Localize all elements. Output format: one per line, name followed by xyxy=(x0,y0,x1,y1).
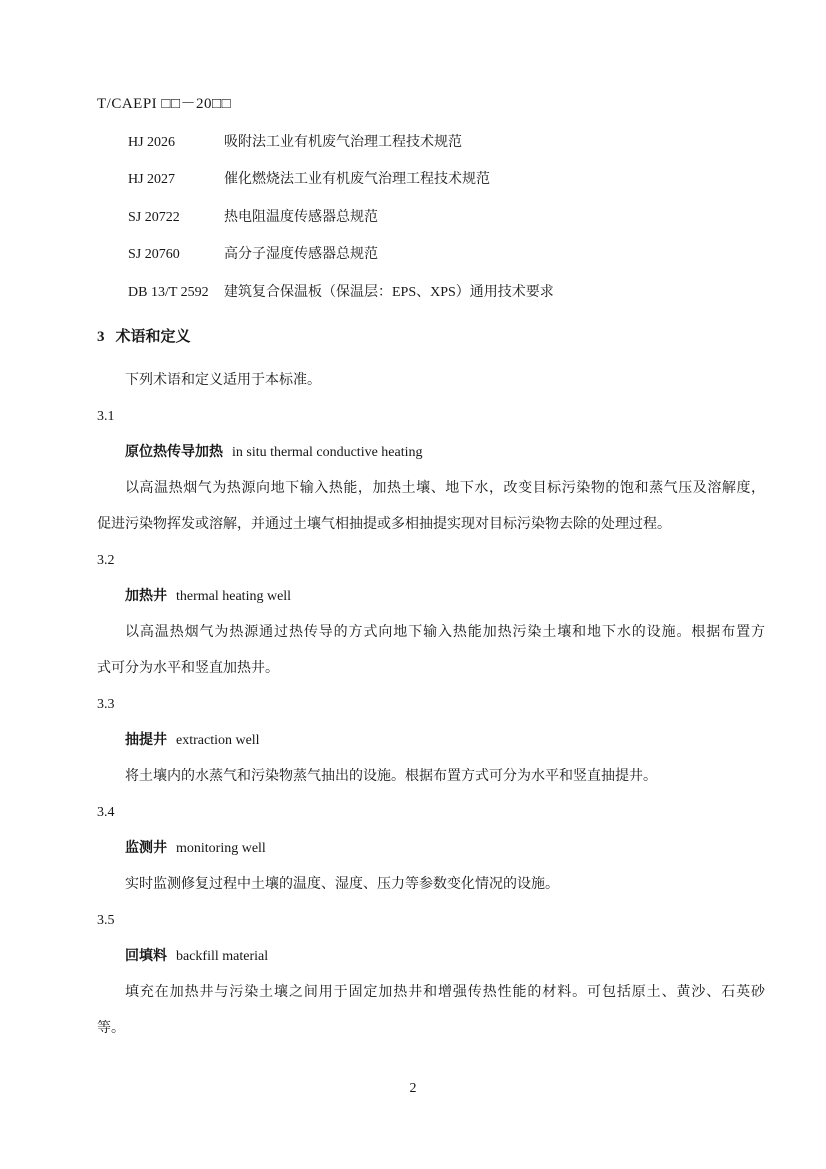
reference-code: HJ 2027 xyxy=(128,161,218,199)
reference-code: HJ 2026 xyxy=(128,124,218,162)
definition-line: 以高温热烟气为热源向地下输入热能，加热土壤、地下水，改变目标污染物的饱和蒸气压及… xyxy=(97,471,765,507)
term-name-en: monitoring well xyxy=(176,841,266,856)
term-name-en: backfill material xyxy=(176,949,268,964)
references-list: HJ 2026吸附法工业有机废气治理工程技术规范 HJ 2027催化燃烧法工业有… xyxy=(97,124,765,312)
term-number: 3.1 xyxy=(97,399,765,435)
term-number: 3.5 xyxy=(97,903,765,939)
reference-title: 建筑复合保温板（保温层：EPS、XPS）通用技术要求 xyxy=(224,285,554,300)
reference-title: 高分子湿度传感器总规范 xyxy=(224,247,378,262)
term-name-zh: 监测井 xyxy=(125,841,167,856)
section-heading-title: 术语和定义 xyxy=(116,329,191,345)
reference-code: SJ 20760 xyxy=(128,236,218,274)
reference-title: 热电阻温度传感器总规范 xyxy=(224,210,378,225)
term-number: 3.3 xyxy=(97,687,765,723)
reference-row: SJ 20760高分子湿度传感器总规范 xyxy=(97,236,765,274)
definition-line: 促进污染物挥发或溶解，并通过土壤气相抽提或多相抽提实现对目标污染物去除的处理过程… xyxy=(97,507,765,543)
reference-title: 催化燃烧法工业有机废气治理工程技术规范 xyxy=(224,172,490,187)
term-number: 3.4 xyxy=(97,795,765,831)
term-line: 回填料backfill material xyxy=(97,939,765,975)
definition-line: 将土壤内的水蒸气和污染物蒸气抽出的设施。根据布置方式可分为水平和竖直抽提井。 xyxy=(97,759,765,795)
reference-row: HJ 2026吸附法工业有机废气治理工程技术规范 xyxy=(97,124,765,162)
reference-row: DB 13/T 2592建筑复合保温板（保温层：EPS、XPS）通用技术要求 xyxy=(97,274,765,312)
term-name-en: in situ thermal conductive heating xyxy=(232,445,423,460)
reference-code: SJ 20722 xyxy=(128,199,218,237)
document-page: T/CAEPI □□－20□□ HJ 2026吸附法工业有机废气治理工程技术规范… xyxy=(0,0,826,1169)
reference-title: 吸附法工业有机废气治理工程技术规范 xyxy=(224,135,462,150)
reference-code: DB 13/T 2592 xyxy=(128,274,218,312)
term-line: 原位热传导加热in situ thermal conductive heatin… xyxy=(97,435,765,471)
definition-line: 以高温热烟气为热源通过热传导的方式向地下输入热能加热污染土壤和地下水的设施。根据… xyxy=(97,615,765,651)
definition-line: 填充在加热井与污染土壤之间用于固定加热井和增强传热性能的材料。可包括原土、黄沙、… xyxy=(97,975,765,1011)
standard-code-header: T/CAEPI □□－20□□ xyxy=(97,86,765,124)
term-name-en: thermal heating well xyxy=(176,589,291,604)
definition-line: 实时监测修复过程中土壤的温度、湿度、压力等参数变化情况的设施。 xyxy=(97,867,765,903)
terms-and-definitions: 下列术语和定义适用于本标准。 3.1 原位热传导加热in situ therma… xyxy=(97,363,765,1047)
term-line: 加热井thermal heating well xyxy=(97,579,765,615)
reference-row: SJ 20722热电阻温度传感器总规范 xyxy=(97,199,765,237)
definition-line: 式可分为水平和竖直加热井。 xyxy=(97,651,765,687)
page-number: 2 xyxy=(79,1071,747,1107)
term-number: 3.2 xyxy=(97,543,765,579)
term-name-zh: 原位热传导加热 xyxy=(125,445,223,460)
definition-line: 等。 xyxy=(97,1011,765,1047)
section-heading: 3术语和定义 xyxy=(97,319,765,357)
term-name-zh: 回填料 xyxy=(125,949,167,964)
term-name-en: extraction well xyxy=(176,733,260,748)
term-name-zh: 抽提井 xyxy=(125,733,167,748)
page-header: T/CAEPI □□－20□□ xyxy=(97,86,765,124)
reference-row: HJ 2027催化燃烧法工业有机废气治理工程技术规范 xyxy=(97,161,765,199)
section-intro: 下列术语和定义适用于本标准。 xyxy=(97,363,765,399)
term-line: 抽提井extraction well xyxy=(97,723,765,759)
term-line: 监测井monitoring well xyxy=(97,831,765,867)
term-name-zh: 加热井 xyxy=(125,589,167,604)
section-heading-number: 3 xyxy=(97,329,105,345)
